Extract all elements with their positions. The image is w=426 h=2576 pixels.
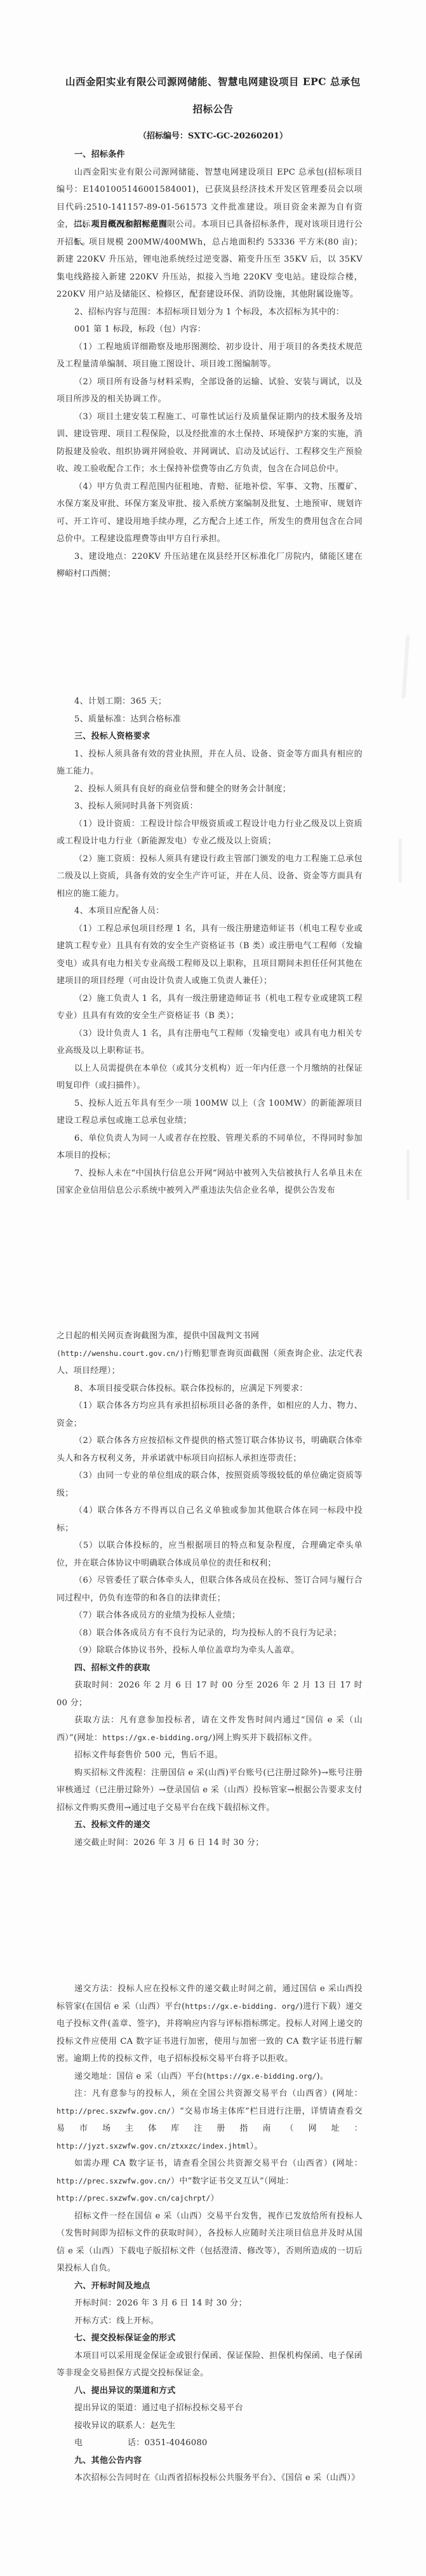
section-heading: 七、提交投标保证金的形式 (57, 2330, 363, 2347)
section-heading: 四、招标文件的获取 (57, 1660, 363, 1677)
tel-label: 电 (74, 2434, 128, 2452)
list-item: （2）施工资质：投标人须具有建设行政主管部门颁发的电力工程施工总承包二级及以上资… (57, 850, 363, 903)
scan-artifact (406, 1150, 409, 1200)
paragraph: 招标文件每套售价 500 元，售后不退。 (57, 1747, 363, 1764)
list-item: （1）工程总承包项目经理 1 名，具有一级注册建造师证书（机电工程专业或建筑工程… (57, 920, 363, 990)
text: 如需办理 CA 数字证书，请查看全国公共资源交易平台（山西省）(网址： (74, 2159, 363, 2168)
scan-artifact (399, 838, 402, 883)
paragraph: 获取方法：凡有意参加投标者，请在文件发售时间内通过“国信 e 采（山西）”(网址… (57, 1712, 363, 1747)
tender-number: （招标编号：SXTC-GC-20260201） (38, 129, 388, 141)
scan-artifact (402, 635, 410, 699)
jyzt-link[interactable]: http://jyzt.sxzwfw.gov.cn/ztxxzc/index.j… (57, 2142, 250, 2150)
court-link[interactable]: (http://wenshu.court.gov.cn/) (57, 1349, 184, 1358)
paragraph: 获取时间：2026 年 2 月 6 日 17 时 00 分至 2026 年 2 … (57, 1677, 363, 1712)
paragraph: 开标方式：线上开标。 (57, 2312, 363, 2330)
paragraph: 5、投标人近五年具有至少一项 100MW 以上（含 100MW）的新能源项目建设… (57, 1095, 363, 1130)
e-bidding-link[interactable]: https://gx.e-bidding.org/ (206, 2072, 316, 2081)
list-item: （5）以联合体投标的，应当根据项目的特点和复杂程度，合理确定牵头单位，并在联合体… (57, 1537, 363, 1572)
list-item: （6）尽管委任了联合体牵头人，但联合体各成员在投标、签订合同与履行合同过程中，仍… (57, 1572, 363, 1607)
text: 之日起的相关网页查询截图为准，提供中国裁判文书网 (57, 1331, 259, 1341)
paragraph: 4、计划工期：365 天； (57, 693, 363, 711)
section-heading: 八、提出异议的渠道和方式 (57, 2382, 363, 2400)
paragraph: 本项目可以采用现金保证金或银行保函、保证保险、担保机构保函、电子保函等非现金交易… (57, 2347, 363, 2382)
section-qualifications-cont: 之日起的相关网页查询截图为准，提供中国裁判文书网(http://wenshu.c… (57, 1327, 363, 1851)
section-heading: 三、投标人资格要求 (57, 728, 363, 746)
paragraph: 6、单位负责人为同一人或者存在控股、管理关系的不同单位，不得同时参加本项目的投标… (57, 1130, 363, 1165)
prec-link[interactable]: http://prec.sxzwfw.gov.cn/ (57, 2177, 171, 2185)
paragraph: 购买招标文件流程：注册国信 e 采(山西)平台账号(已注册过除外)→账号注册审核… (57, 1764, 363, 1817)
section-heading: 五、投标文件的递交 (57, 1816, 363, 1834)
ca-link[interactable]: http://prec.sxzwfw.gov.cn/cajchrpt/ (57, 2194, 210, 2203)
paragraph: 3、建设地点：220KV 升压站建在岚县经开区标准化厂房院内，储能区建在柳峪村口… (57, 548, 363, 583)
scanned-document-page: 山西金阳实业有限公司源网储能、智慧电网建设项目 EPC 总承包 招标公告 （招标… (0, 0, 426, 2576)
paragraph: 3、投标人须同时具备下列资质： (57, 798, 363, 815)
list-item: （7）联合体各成员方的业绩为投标人业绩； (57, 1607, 363, 1625)
e-bidding-link[interactable]: https://gx.e-bidding.org/ (102, 1733, 212, 1742)
list-item: （3）项目土建安装工程施工、可靠性试运行及质量保证期内的技术服务及培训、建设管理… (57, 408, 363, 478)
paragraph: 电话：0351-4046080 (57, 2434, 363, 2452)
text: ） (210, 2194, 218, 2203)
paragraph: 提出异议的渠道：通过电子招标投标交易平台 (57, 2399, 363, 2417)
paragraph: 递交截止时间：2026 年 3 月 6 日 14 时 30 分； (57, 1834, 363, 1852)
list-item: （2）联合体各方应按招标文件提供的格式签订联合体协议书，明确联合体牵头人和各方权… (57, 1432, 363, 1467)
paragraph: 本次招标公告同时在《山西省招标投标公共服务平台》、《国信 e 采（山西）》 (57, 2469, 363, 2487)
list-item: （4）联合体各方不得再以自己名义单独或参加其他联合体在同一标段中投标； (57, 1502, 363, 1537)
text: 注：凡有意参与的投标人，须在全国公共资源交易平台（山西省）(网址： (74, 2089, 363, 2098)
list-item: （9）除联合体协议书外，投标人单位盖章均为牵头人盖章。 (57, 1642, 363, 1660)
paragraph: 招标文件一经在国信 e 采（山西）交易平台发售，视作已发放给所有投标人（发售时间… (57, 2208, 363, 2277)
e-bidding-link[interactable]: https://gx.e-bidding. org/ (185, 2002, 300, 2011)
section-heading: 六、开标时间及地点 (57, 2277, 363, 2295)
tel-number: 0351-4046080 (145, 2438, 208, 2448)
tel-label: 话： (128, 2438, 145, 2448)
list-item: （8）联合体各成员方有不良行为记录的，均为投标人的不良行为记录； (57, 1625, 363, 1642)
paragraph: 4、本项目应配备人员： (57, 902, 363, 920)
list-item: （3）设计负责人 1 名，具有注册电气工程师（发输变电）或具有电力相关专业高级及… (57, 1025, 363, 1060)
list-item: （2）项目所有设备与材料采购，全部设备的运输、试验、安装与调试，以及项目所涉及的… (57, 373, 363, 408)
paragraph: 2、招标内容与范围：本招标项目划分为 1 个标段，本次招标为其中的： (57, 304, 363, 321)
section-project-overview: 二、项目概况和招标范围 1、项目规模 200MW/400MWh，总占地面积约 5… (57, 216, 363, 583)
paragraph: 以上人员需提供在本单位（或其分支机构）近一年内任意一个月缴纳的社保证明复印件（或… (57, 1060, 363, 1095)
text: 递交地址：国信 e 采（山西）平台( (74, 2072, 206, 2081)
list-item: （1）联合体各方均应具有承担招标项目必备的条件，如相应的人力、物力、资金； (57, 1397, 363, 1432)
list-item: （2）施工负责人 1 名，具有一级注册建造师证书（机电工程专业或建筑工程专业）且… (57, 990, 363, 1025)
paragraph: 7、投标人未在“中国执行信息公开网”网站中被列入失信被执行人名单且未在国家企业信… (57, 1165, 363, 1200)
list-item: （1）设计资质：工程设计综合甲级资质或工程设计电力行业乙级及以上资质或工程设计电… (57, 815, 363, 850)
paragraph: 001 第 1 标段，标段（包）内容： (57, 321, 363, 339)
paragraph: 1、项目规模 200MW/400MWh，总占地面积约 53336 平方米(80 … (57, 234, 363, 304)
prec-link[interactable]: http://prec.sxzwfw.gov.cn/ (57, 2107, 171, 2116)
paragraph: 接收异议的联系人：赵先生 (57, 2417, 363, 2435)
section-bid-submission-cont: 递交方法：投标人应在投标文件的递交截止时间之前，通过国信 e 采山西投标管家(在… (57, 1980, 363, 2487)
list-item: （4）甲方负责工程范围内征租地、青赔、征地补偿、军事、文物、压覆矿、水保方案及审… (57, 478, 363, 548)
paragraph: 注：凡有意参与的投标人，须在全国公共资源交易平台（山西省）(网址：http://… (57, 2085, 363, 2155)
text: )网上购买并下载招标文件。 (212, 1733, 317, 1743)
paragraph: 递交方法：投标人应在投标文件的递交截止时间之前，通过国信 e 采山西投标管家(在… (57, 1980, 363, 2068)
document-subtitle: 招标公告 (38, 102, 388, 116)
paragraph: 如需办理 CA 数字证书，请查看全国公共资源交易平台（山西省）(网址：http:… (57, 2155, 363, 2208)
section-heading: 九、其他公告内容 (57, 2452, 363, 2470)
paragraph: 1、投标人须具备有效的营业执照，并在人员、设备、资金等方面具有相应的施工能力。 (57, 746, 363, 781)
section-project-overview-cont: 4、计划工期：365 天； 5、质量标准：达到合格标准 三、投标人资格要求 1、… (57, 693, 363, 1200)
paragraph: 递交地址：国信 e 采（山西）平台(https://gx.e-bidding.o… (57, 2068, 363, 2086)
text: ）中“数字证书交叉互认”（网址： (171, 2177, 294, 2186)
list-item: （3）由同一专业的单位组成的联合体，按照资质等级较低的单位确定资质等级； (57, 1467, 363, 1502)
section-heading: 二、项目概况和招标范围 (57, 216, 363, 234)
paragraph: 之日起的相关网页查询截图为准，提供中国裁判文书网(http://wenshu.c… (57, 1327, 363, 1380)
document-title: 山西金阳实业有限公司源网储能、智慧电网建设项目 EPC 总承包 (38, 74, 388, 88)
list-item: （1）工程地质详细勘察及地形图测绘、初步设计、用于项目的各类技术规范及工程量清单… (57, 339, 363, 373)
text: ）。 (250, 2142, 263, 2151)
paragraph: 8、本项目接受联合体投标。联合体投标的，应满足下列要求： (57, 1380, 363, 1398)
paragraph: 开标时间：2026 年 3 月 6 日 14 时 30 分； (57, 2295, 363, 2312)
paragraph: 2、投标人须具有良好的商业信誉和健全的财务会计制度； (57, 781, 363, 798)
paragraph: 5、质量标准：达到合格标准 (57, 711, 363, 728)
section-heading: 一、招标条件 (57, 146, 363, 164)
text: )。 (317, 2072, 329, 2081)
